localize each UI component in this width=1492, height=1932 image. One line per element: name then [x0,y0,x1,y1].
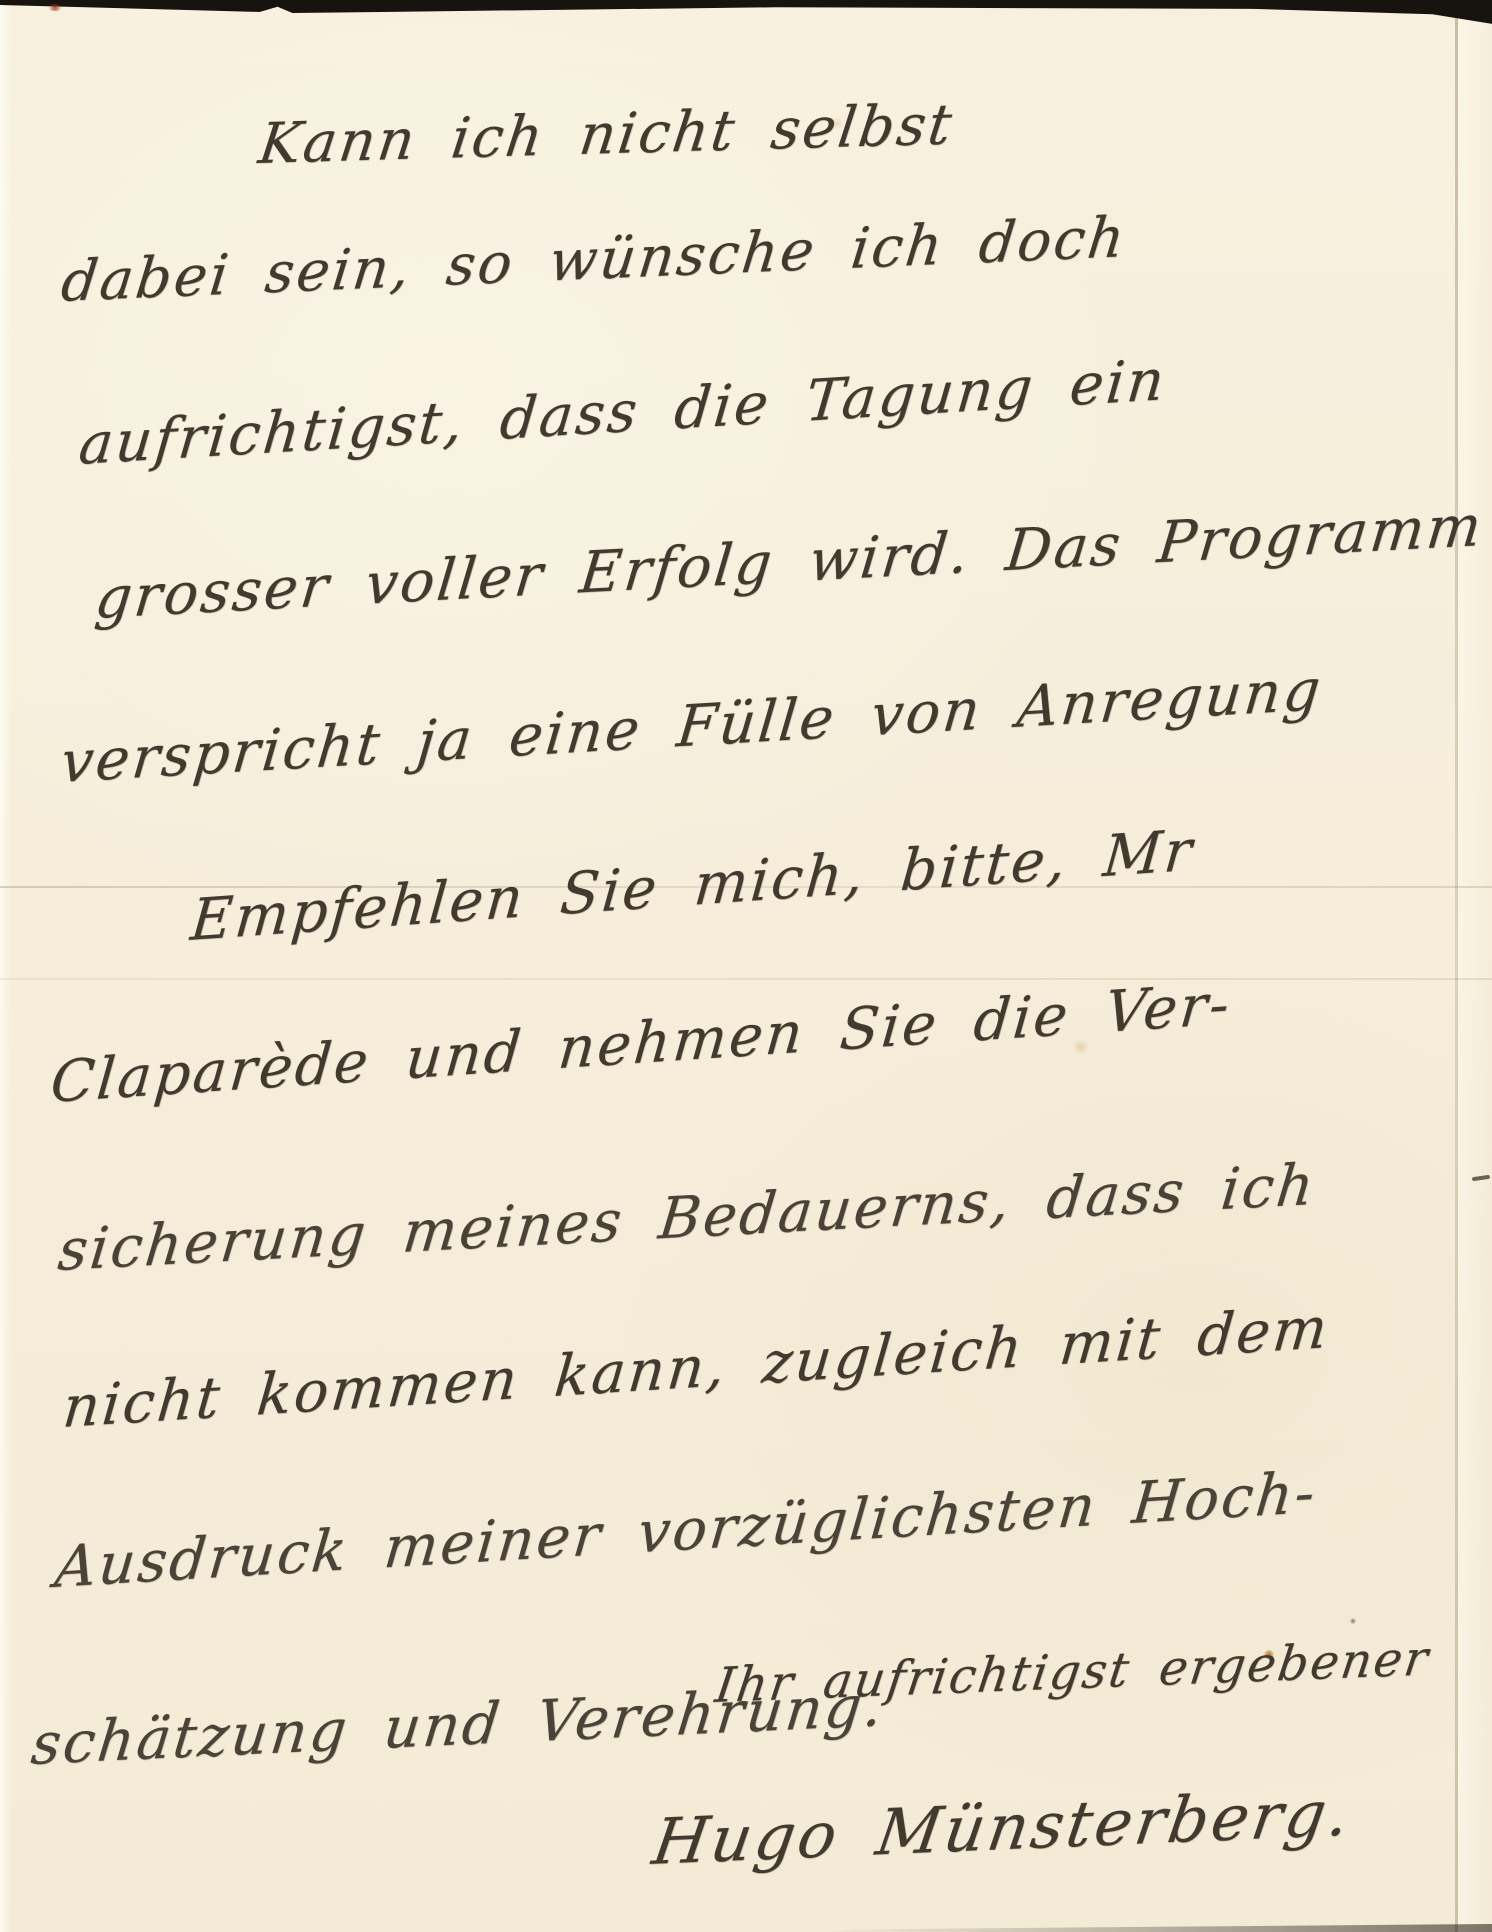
paper-left-edge-highlight [0,5,12,1932]
scanned-letter-page: Kann ich nicht selbst dabei sein, so wün… [0,0,1492,1932]
paper-fold-right-panel [1458,0,1492,1932]
ink-speck [1350,1618,1356,1624]
horizontal-crease-lower [0,978,1492,980]
vertical-fold-crease [1455,0,1458,1932]
red-mark-top-left [48,4,62,11]
